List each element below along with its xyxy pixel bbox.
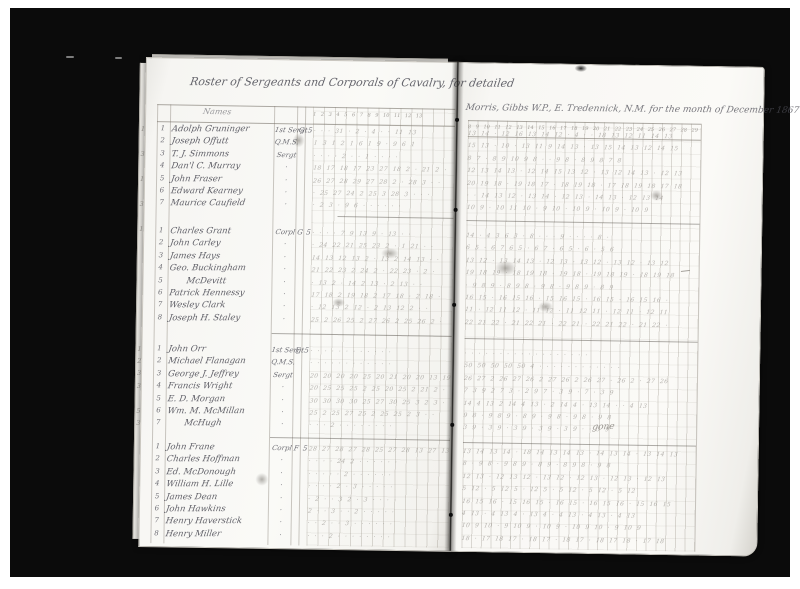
binding-stitch: [455, 118, 459, 122]
row-name: Dan'l C. Murray: [171, 161, 275, 171]
edge-digit: 3: [140, 150, 144, 158]
binding-stitch: [452, 303, 456, 307]
row-number: 5: [151, 492, 163, 500]
row-name: John Carley: [169, 239, 273, 249]
row-number: 2: [157, 137, 169, 145]
ink-blob: [575, 65, 587, 72]
scanned-document-canvas: Roster of Sergeants and Corporals of Cav…: [0, 0, 800, 589]
row-name: Ed. McDonough: [166, 467, 270, 477]
row-name: Edward Kearney: [170, 186, 274, 196]
row-name: Henry Miller: [165, 529, 269, 539]
edge-digit: 1: [139, 225, 143, 233]
row-rank: ·: [272, 253, 297, 261]
row-rank: ·: [272, 278, 297, 286]
row-rank: Sergt: [274, 151, 299, 159]
edge-digit: 1: [140, 175, 144, 183]
row-number: 4: [153, 381, 165, 389]
troop-mark: G: [297, 228, 304, 236]
row-number: 7: [156, 199, 168, 207]
row-rank: ·: [274, 163, 299, 171]
row-rank: Q.M.S.: [271, 358, 296, 366]
row-rank: ·: [268, 494, 293, 502]
edge-digit: 3: [140, 200, 144, 208]
row-number: 6: [152, 406, 164, 414]
row-number: 4: [155, 263, 167, 271]
row-name: Wm. M. McMillan: [167, 406, 271, 416]
row-name: Patrick Hennessy: [169, 288, 273, 298]
row-name: John Orr: [168, 344, 272, 354]
row-rank: ·: [271, 302, 296, 310]
row-rank: Sergt: [270, 371, 295, 379]
row-number: 1: [157, 124, 169, 132]
row-number: 2: [152, 455, 164, 463]
row-name: James Dean: [165, 492, 269, 502]
row-rank: ·: [273, 200, 298, 208]
row-rank: ·: [270, 408, 295, 416]
row-number: 3: [153, 369, 165, 377]
row-name: Joseph Offutt: [171, 137, 275, 147]
row-number: 7: [151, 517, 163, 525]
edge-digit: 3: [137, 369, 141, 377]
row-rank: 1st Sergt: [274, 126, 299, 134]
row-name: John Fraser: [170, 174, 274, 184]
row-name: Adolph Gruninger: [171, 124, 275, 134]
edge-digit: 3: [136, 419, 140, 427]
row-name: Maurice Caufield: [170, 199, 274, 209]
dust-speck: [66, 56, 74, 58]
row-number: 3: [156, 149, 168, 157]
row-number: 8: [154, 313, 166, 321]
row-rank: ·: [270, 420, 295, 428]
row-name: Charles Grant: [169, 226, 273, 236]
row-name: William H. Lille: [166, 479, 270, 489]
row-rank: Corpl: [269, 444, 294, 452]
row-rank: ·: [269, 469, 294, 477]
row-rank: 1st Sergt: [271, 346, 296, 354]
row-rank: ·: [270, 396, 295, 404]
row-name: Henry Haverstick: [165, 516, 269, 526]
row-name: Francis Wright: [167, 381, 271, 391]
edge-digit: 1: [137, 345, 141, 353]
row-number: 3: [151, 467, 163, 475]
row-name: John Frane: [166, 442, 270, 452]
row-rank: ·: [269, 456, 294, 464]
row-rank: ·: [269, 481, 294, 489]
row-name: John Hawkins: [165, 504, 269, 514]
row-number: 2: [155, 239, 167, 247]
row-rank: Corpl: [273, 228, 298, 236]
row-name: Joseph H. Staley: [168, 313, 272, 323]
binding-stitch: [449, 513, 453, 517]
row-rank: ·: [272, 290, 297, 298]
row-name: McHugh: [166, 418, 270, 428]
row-name: E. D. Morgan: [167, 394, 271, 404]
row-name: Wesley Clark: [168, 300, 272, 310]
edge-digit: 3: [137, 382, 141, 390]
row-number: 7: [154, 301, 166, 309]
row-name: Michael Flanagan: [167, 356, 271, 366]
page-spread: Roster of Sergeants and Corporals of Cav…: [138, 57, 764, 555]
dust-speck: [115, 57, 122, 59]
row-number: 6: [151, 504, 163, 512]
edge-digit: 1: [141, 125, 145, 133]
row-rank: ·: [272, 265, 297, 273]
row-rank: Q.M.S.: [274, 138, 299, 146]
page-title-continuation: Morris, Gibbs W.P., E. Tredennick, N.M. …: [464, 103, 758, 122]
row-number: 3: [155, 251, 167, 259]
binding-stitch: [450, 423, 454, 427]
row-rank: ·: [273, 176, 298, 184]
row-rank: ·: [271, 315, 296, 323]
row-number: 4: [151, 479, 163, 487]
row-name: McDevitt: [169, 276, 273, 286]
binding-stitch: [454, 208, 458, 212]
names-column-header: Names: [202, 107, 232, 116]
row-number: 1: [153, 344, 165, 352]
row-rank: ·: [268, 531, 293, 539]
row-name: Charles Hoffman: [166, 454, 270, 464]
row-number: 5: [156, 174, 168, 182]
row-number: 2: [153, 357, 165, 365]
edge-digit: 2: [137, 357, 141, 365]
row-number: 5: [154, 276, 166, 284]
row-number: 7: [152, 419, 164, 427]
row-number: 1: [152, 442, 164, 450]
row-rank: ·: [270, 383, 295, 391]
row-rank: ·: [273, 188, 298, 196]
row-number: 1: [155, 226, 167, 234]
row-rank: ·: [268, 506, 293, 514]
page-title: Roster of Sergeants and Corporals of Cav…: [188, 75, 459, 96]
row-name: Geo. Buckingham: [169, 263, 273, 273]
row-number: 6: [156, 186, 168, 194]
row-name: T. J. Simmons: [171, 149, 275, 159]
row-rank: ·: [272, 240, 297, 248]
row-rank: ·: [268, 518, 293, 526]
row-number: 4: [156, 161, 168, 169]
row-number: 5: [153, 394, 165, 402]
edge-digit: 5: [136, 407, 140, 415]
troop-mark: G: [298, 126, 305, 134]
row-number: 8: [150, 529, 162, 537]
row-name: James Hays: [169, 251, 273, 261]
row-name: George J. Jeffrey: [167, 369, 271, 379]
row-number: 6: [154, 288, 166, 296]
